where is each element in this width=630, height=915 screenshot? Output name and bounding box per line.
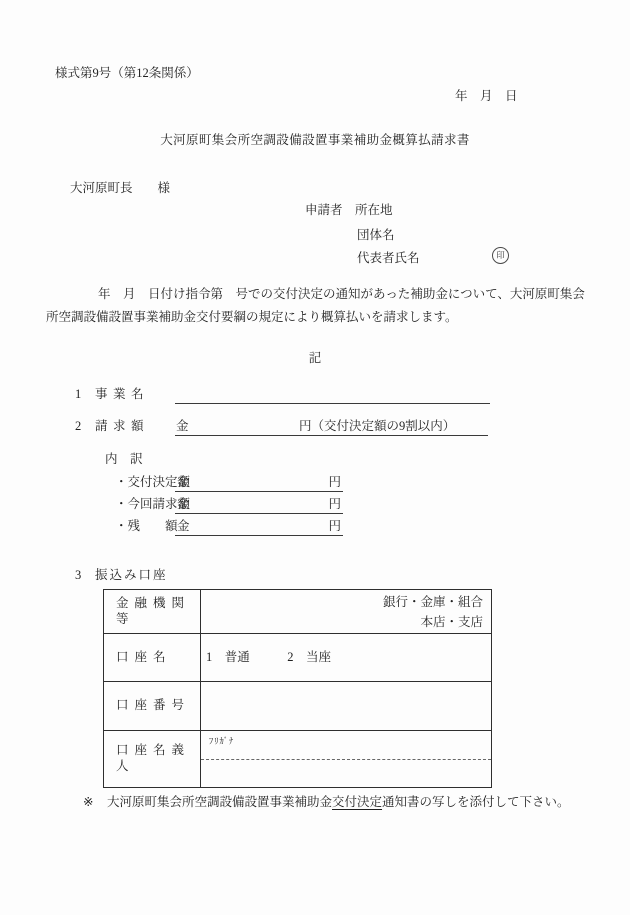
applicant-address-label: 所在地 [355,203,393,217]
account-number-cell [201,682,491,730]
table-row-account-type: 口座名 1 普通 2 当座 [104,634,491,682]
applicant-representative-label: 代表者氏名 [357,251,420,267]
item-2-currency-prefix: 金 [176,419,189,435]
footnote-mark: ※ [83,795,93,811]
branch-type-options: 本店・支店 [420,612,483,632]
applicant-row-address: 申請者 所在地 [305,203,393,219]
breakdown-row-3-bullet: ・ [115,519,128,533]
breakdown-row-2-blank-line: 金 円 [175,497,343,514]
item-3-label: 振込み口座 [95,568,168,584]
breakdown-row-3-blank-line: 金 円 [175,519,343,536]
item-2-label: 請求額 [95,419,149,435]
table-row-financial-institution: 金融機関等 銀行・金庫・組合 本店・支店 [104,590,491,634]
footnote-text-before: 大河原町集会所空調設備設置事業補助金 [107,795,332,809]
breakdown-row-3-suffix: 円 [328,519,341,535]
addressee-gap [133,181,158,195]
applicant-gap [343,203,356,217]
applicant-organization-label: 団体名 [357,228,395,244]
document-title: 大河原町集会所空調設備設置事業補助金概算払請求書 [0,133,630,149]
footnote-text: 大河原町集会所空調設備設置事業補助金交付決定通知書の写しを添付して下さい。 [107,795,570,811]
furigana-separator-line [201,759,491,760]
account-number-label: 口座番号 [104,682,201,730]
account-type-cell: 1 普通 2 当座 [201,634,491,681]
document-page: 様式第9号（第12条関係） 年 月 日 大河原町集会所空調設備設置事業補助金概算… [0,0,630,915]
breakdown-label: 内 訳 [105,452,143,468]
item-2-number: 2 [75,419,81,435]
form-number: 様式第9号（第12条関係） [55,66,199,82]
item-3-number: 3 [75,568,81,584]
account-table: 金融機関等 銀行・金庫・組合 本店・支店 口座名 1 普通 2 当座 口座番号 … [103,589,492,788]
financial-institution-cell: 銀行・金庫・組合 本店・支店 [201,590,491,633]
date-line: 年 月 日 [455,89,518,105]
account-holder-label: 口座名義人 [104,731,201,787]
body-paragraph: 年 月 日付け指令第 号での交付決定の通知があった補助金について、大河原町集会 … [46,283,591,329]
breakdown-row-3-label: ・残 額 [115,519,178,535]
addressee: 大河原町長 様 [70,181,170,197]
table-row-account-holder: 口座名義人 ﾌﾘｶﾞﾅ [104,731,491,787]
breakdown-row-1-bullet: ・ [115,475,128,489]
table-row-account-number: 口座番号 [104,682,491,731]
account-type-options: 1 普通 2 当座 [206,650,331,666]
body-line-1: 年 月 日付け指令第 号での交付決定の通知があった補助金について、大河原町集会 [46,283,591,306]
account-type-label: 口座名 [104,634,201,681]
institution-type-options: 銀行・金庫・組合 [383,592,483,612]
item-1-blank-line [175,387,490,404]
breakdown-row-2-suffix: 円 [328,497,341,513]
footnote-text-after: 通知書の写しを添付して下さい。 [382,795,570,809]
addressee-honorific: 様 [158,181,171,195]
breakdown-row-3-text: 残 額 [128,519,178,533]
breakdown-row-1-prefix: 金 [177,475,190,491]
footnote-text-underlined: 交付決定 [332,795,382,809]
breakdown-row-2-bullet: ・ [115,497,128,511]
breakdown-row-3-prefix: 金 [177,519,190,535]
seal-text: 印 [496,250,505,261]
applicant-label: 申請者 [305,203,343,217]
account-holder-cell: ﾌﾘｶﾞﾅ [201,731,491,787]
breakdown-row-1-blank-line: 金 円 [175,475,343,492]
item-2-blank-line: 金 円（交付決定額の9割以内） [175,419,488,436]
furigana-label: ﾌﾘｶﾞﾅ [209,736,234,747]
item-1-label: 事業名 [95,387,149,403]
seal-icon: 印 [492,247,509,264]
breakdown-row-2-prefix: 金 [177,497,190,513]
item-2-unit-note: 円（交付決定額の9割以内） [299,419,455,435]
body-line-2: 所空調設備設置事業補助金交付要綱の規定により概算払いを請求します。 [46,306,591,329]
breakdown-row-1-suffix: 円 [328,475,341,491]
financial-institution-label: 金融機関等 [104,590,201,633]
addressee-name: 大河原町長 [70,181,133,195]
item-1-number: 1 [75,387,81,403]
record-mark: 記 [0,351,630,367]
